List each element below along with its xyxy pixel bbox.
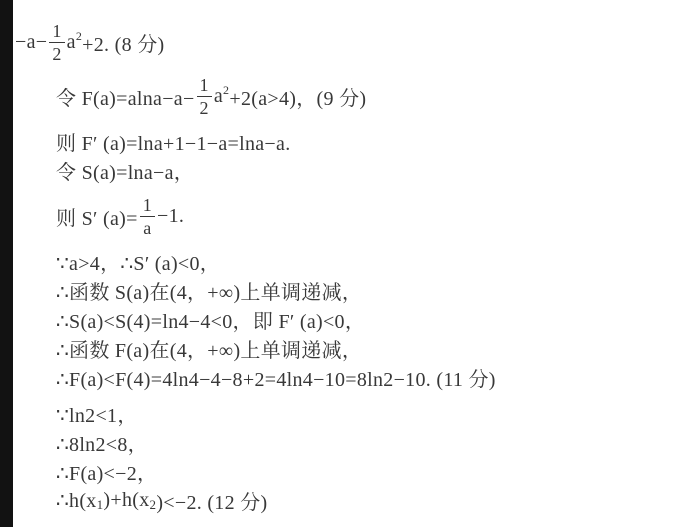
- subscript: 1: [97, 498, 104, 511]
- math-text: )<−2. (12 分): [156, 486, 267, 515]
- math-text: ∴函数 F(a)在(4，+∞)上单调递减，: [56, 334, 362, 363]
- fraction-denominator: 2: [49, 43, 64, 63]
- fraction-denominator: 2: [197, 97, 212, 117]
- math-text: ∵ln2<1，: [56, 399, 138, 428]
- math-text: ∴8ln2<8，: [56, 428, 148, 457]
- math-line: 令 F(a)=alna−a−12a2+2(a>4)，(9 分): [15, 73, 676, 119]
- fraction: 1a: [140, 196, 155, 237]
- math-text: ∴函数 S(a)在(4，+∞)上单调递减，: [56, 276, 362, 305]
- math-text: ∵a>4，∴S′ (a)<0，: [56, 247, 220, 276]
- math-text: 则 F′ (a)=lna+1−1−a=lna−a.: [56, 127, 291, 156]
- math-text: +2. (8 分): [82, 28, 164, 57]
- math-line: −a−12a2+2. (8 分): [15, 19, 676, 65]
- math-text: ∴S(a)<S(4)=ln4−4<0，即 F′ (a)<0，: [56, 305, 365, 334]
- math-text: )+h(x: [103, 489, 149, 512]
- math-text: +2(a>4)，(9 分): [229, 82, 366, 111]
- fraction-denominator: a: [140, 217, 154, 237]
- left-edge-bar: [0, 0, 13, 527]
- solution-lines: −a−12a2+2. (8 分)令 F(a)=alna−a−12a2+2(a>4…: [15, 19, 676, 515]
- math-text: ∴F(a)<F(4)=4ln4−4−8+2=4ln4−10=8ln2−10. (…: [56, 363, 496, 392]
- math-line: ∴函数 F(a)在(4，+∞)上单调递减，: [15, 334, 676, 363]
- math-line: ∵a>4，∴S′ (a)<0，: [15, 247, 676, 276]
- fraction: 12: [197, 76, 212, 117]
- math-line: ∴F(a)<F(4)=4ln4−4−8+2=4ln4−10=8ln2−10. (…: [15, 363, 676, 392]
- math-line: 则 F′ (a)=lna+1−1−a=lna−a.: [15, 127, 676, 156]
- math-line: 令 S(a)=lna−a，: [15, 156, 676, 185]
- math-line: ∴S(a)<S(4)=ln4−4<0，即 F′ (a)<0，: [15, 305, 676, 334]
- math-text: ∴h(x: [56, 488, 97, 513]
- math-line: ∴F(a)<−2，: [15, 457, 676, 486]
- math-text: ∴F(a)<−2，: [56, 457, 157, 486]
- math-text: −1.: [157, 205, 184, 228]
- math-solution-document: −a−12a2+2. (8 分)令 F(a)=alna−a−12a2+2(a>4…: [13, 0, 680, 515]
- math-text: a: [67, 31, 76, 54]
- math-text: −a−: [15, 31, 47, 54]
- math-text: 则 S′ (a)=: [56, 202, 138, 231]
- math-text: 令 F(a)=alna−a−: [56, 82, 195, 111]
- fraction: 12: [49, 22, 64, 63]
- superscript: 2: [223, 84, 229, 96]
- math-line: ∴函数 S(a)在(4，+∞)上单调递减，: [15, 276, 676, 305]
- math-line: 则 S′ (a)=1a−1.: [15, 193, 676, 239]
- math-line: ∴8ln2<8，: [15, 428, 676, 457]
- fraction-numerator: 1: [140, 196, 155, 217]
- superscript: 2: [76, 30, 82, 42]
- fraction-numerator: 1: [49, 22, 64, 43]
- math-text: a: [214, 85, 223, 108]
- math-text: 令 S(a)=lna−a，: [56, 156, 194, 185]
- math-line: ∵ln2<1，: [15, 399, 676, 428]
- fraction-numerator: 1: [197, 76, 212, 97]
- math-line: ∴h(x1)+h(x2)<−2. (12 分): [15, 486, 676, 515]
- subscript: 2: [150, 498, 157, 511]
